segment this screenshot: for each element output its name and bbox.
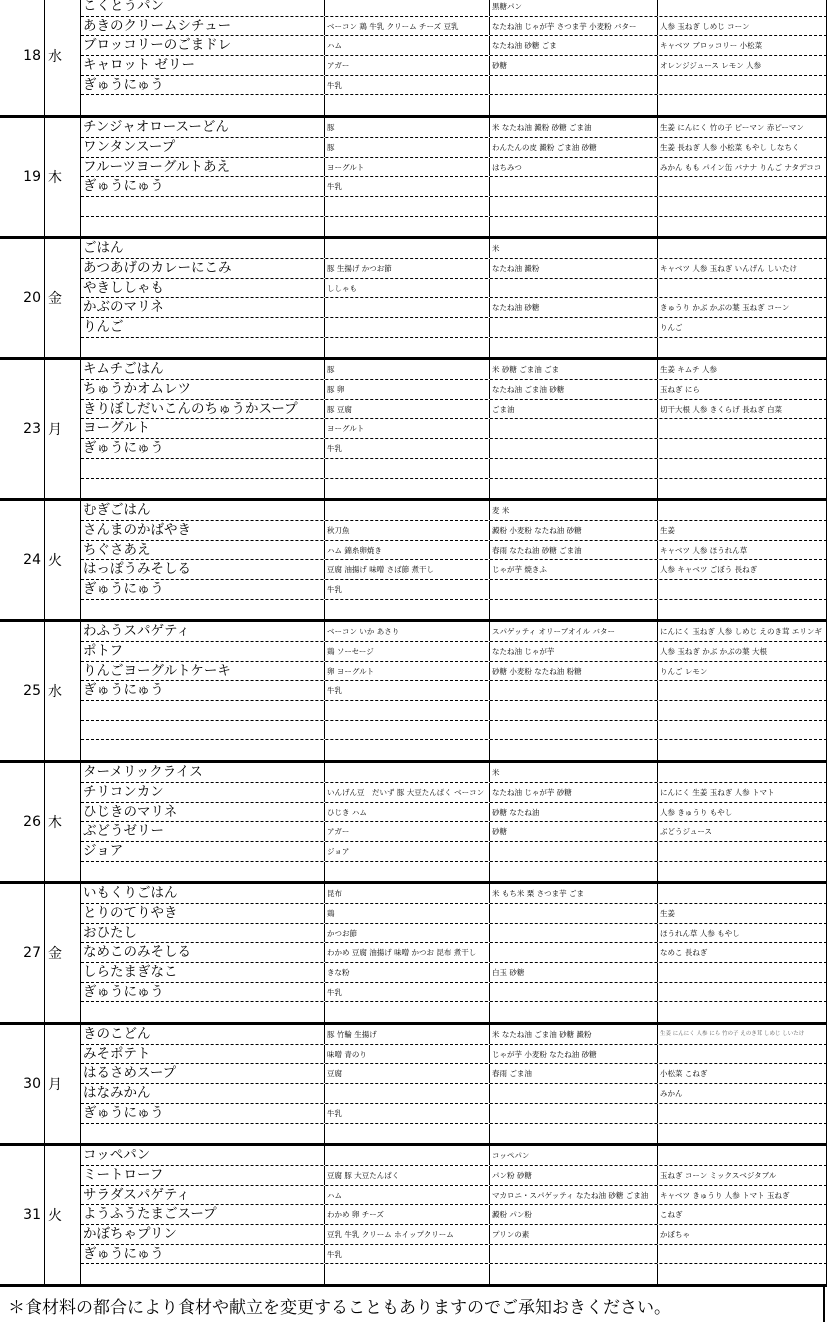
dish-name: おひたし xyxy=(81,924,325,943)
yellow-group-ingredients xyxy=(490,95,658,115)
green-group-ingredients xyxy=(658,1264,827,1284)
yellow-group-ingredients xyxy=(490,740,658,760)
green-group-ingredients xyxy=(658,1002,827,1022)
dish-name: りんごヨーグルトケーキ xyxy=(81,662,325,681)
dish-name: むぎごはん xyxy=(81,501,325,520)
green-group-ingredients: かぼちゃ xyxy=(658,1225,827,1244)
red-group-ingredients: ハム xyxy=(325,1186,490,1205)
green-group-ingredients xyxy=(658,501,827,520)
red-group-ingredients: ベーコン いか あさり xyxy=(325,622,490,641)
yellow-group-ingredients: 黒糖パン xyxy=(490,0,658,16)
dish-name: サラダスパゲティ xyxy=(81,1186,325,1205)
red-group-ingredients: 鶏 ソーセージ xyxy=(325,642,490,661)
dish-name: はるさめスープ xyxy=(81,1064,325,1083)
table-row: りんごりんご xyxy=(81,318,827,338)
yellow-group-ingredients: パン粉 砂糖 xyxy=(490,1166,658,1185)
day-block: 31火コッペパンコッペパンミートローフ豆腐 豚 大豆たんぱくパン粉 砂糖玉ねぎ … xyxy=(0,1146,827,1287)
dish-name xyxy=(81,1124,325,1144)
yellow-group-ingredients xyxy=(490,217,658,237)
red-group-ingredients: ハム xyxy=(325,36,490,55)
yellow-group-ingredients: 春雨 なたね油 砂糖 ごま油 xyxy=(490,541,658,560)
day-block: 30月きのこどん豚 竹輪 生揚げ米 なたね油 ごま油 砂糖 澱粉生姜 にんにく … xyxy=(0,1025,827,1146)
red-group-ingredients: 卵 ヨーグルト xyxy=(325,662,490,681)
table-row: いもくりごはん昆布米 もち米 栗 さつま芋 ごま xyxy=(81,884,827,904)
dish-name: ぎゅうにゅう xyxy=(81,983,325,1002)
day-date: 31 xyxy=(0,1146,45,1284)
dish-name: かぼちゃプリン xyxy=(81,1225,325,1244)
green-group-ingredients xyxy=(658,197,827,216)
yellow-group-ingredients: 米 xyxy=(490,239,658,258)
red-group-ingredients: 牛乳 xyxy=(325,1245,490,1264)
table-row: ぶどうゼリーアガー砂糖ぶどうジュース xyxy=(81,822,827,842)
table-row: ちぐさあえハム 錦糸卵焼き春雨 なたね油 砂糖 ごま油キャベツ 人参 ほうれん草 xyxy=(81,541,827,561)
yellow-group-ingredients: 米 なたね油 ごま油 砂糖 澱粉 xyxy=(490,1025,658,1044)
table-row: ぎゅうにゅう牛乳 xyxy=(81,439,827,459)
day-date: 24 xyxy=(0,501,45,619)
yellow-group-ingredients: 春雨 ごま油 xyxy=(490,1064,658,1083)
yellow-group-ingredients: 白玉 砂糖 xyxy=(490,963,658,982)
green-group-ingredients: 人参 キャベツ ごぼう 長ねぎ xyxy=(658,560,827,579)
yellow-group-ingredients xyxy=(490,1104,658,1123)
red-group-ingredients xyxy=(325,338,490,358)
green-group-ingredients xyxy=(658,580,827,599)
green-group-ingredients xyxy=(658,600,827,620)
yellow-group-ingredients xyxy=(490,1084,658,1103)
dish-name: ぶどうゼリー xyxy=(81,822,325,841)
red-group-ingredients: アガー xyxy=(325,822,490,841)
table-row: はなみかんみかん xyxy=(81,1084,827,1104)
green-group-ingredients: キャベツ 人参 玉ねぎ いんげん しいたけ xyxy=(658,259,827,278)
table-row: キムチごはん豚米 砂糖 ごま油 ごま生姜 キムチ 人参 xyxy=(81,360,827,380)
table-row: フルーツヨーグルトあえヨーグルトはちみつみかん もも パイン缶 バナナ りんご … xyxy=(81,158,827,178)
table-row: ワンタンスープ豚わんたんの皮 澱粉 ごま油 砂糖生姜 長ねぎ 人参 小松菜 もや… xyxy=(81,138,827,158)
yellow-group-ingredients: 砂糖 小麦粉 なたね油 粉糖 xyxy=(490,662,658,681)
dish-name: かぶのマリネ xyxy=(81,298,325,317)
red-group-ingredients: 牛乳 xyxy=(325,580,490,599)
green-group-ingredients: 玉ねぎ コーン ミックスベジタブル xyxy=(658,1166,827,1185)
yellow-group-ingredients xyxy=(490,983,658,1002)
dish-rows: ごはん米あつあげのカレーにこみ豚 生揚げ かつお節なたね油 澱粉キャベツ 人参 … xyxy=(81,239,827,357)
green-group-ingredients xyxy=(658,177,827,196)
table-row: きのこどん豚 竹輪 生揚げ米 なたね油 ごま油 砂糖 澱粉生姜 にんにく 人参 … xyxy=(81,1025,827,1045)
green-group-ingredients xyxy=(658,479,827,499)
yellow-group-ingredients: なたね油 じゃが芋 xyxy=(490,642,658,661)
table-row: りんごヨーグルトケーキ卵 ヨーグルト砂糖 小麦粉 なたね油 粉糖りんご レモン xyxy=(81,662,827,682)
dish-rows: こくとうパン黒糖パンあきのクリームシチューベーコン 鶏 牛乳 クリーム チーズ … xyxy=(81,0,827,115)
yellow-group-ingredients xyxy=(490,842,658,861)
red-group-ingredients: わかめ 卵 チーズ xyxy=(325,1205,490,1224)
table-row xyxy=(81,217,827,237)
table-row: ぎゅうにゅう牛乳 xyxy=(81,983,827,1003)
green-group-ingredients: りんご レモン xyxy=(658,662,827,681)
dish-name: ブロッコリーのごまドレ xyxy=(81,36,325,55)
red-group-ingredients: 秋刀魚 xyxy=(325,521,490,540)
dish-name: キムチごはん xyxy=(81,360,325,379)
green-group-ingredients xyxy=(658,963,827,982)
table-row: なめこのみそしるわかめ 豆腐 油揚げ 味噌 かつお 昆布 煮干しなめこ 長ねぎ xyxy=(81,943,827,963)
yellow-group-ingredients xyxy=(490,459,658,478)
green-group-ingredients xyxy=(658,862,827,882)
dish-name xyxy=(81,740,325,760)
day-block: 26木ターメリックライス米チリコンカンいんげん豆 だいず 豚 大豆たんぱく ベー… xyxy=(0,763,827,884)
table-row: あきのクリームシチューベーコン 鶏 牛乳 クリーム チーズ 豆乳なたね油 じゃが… xyxy=(81,17,827,37)
table-row xyxy=(81,740,827,760)
dish-name: コッペパン xyxy=(81,1146,325,1165)
table-row: やきししゃもししゃも xyxy=(81,279,827,299)
table-row xyxy=(81,459,827,479)
green-group-ingredients: 生姜 xyxy=(658,904,827,923)
table-row xyxy=(81,197,827,217)
red-group-ingredients xyxy=(325,217,490,237)
yellow-group-ingredients: なたね油 ごま油 砂糖 xyxy=(490,380,658,399)
red-group-ingredients xyxy=(325,1264,490,1284)
dish-rows: きのこどん豚 竹輪 生揚げ米 なたね油 ごま油 砂糖 澱粉生姜 にんにく 人参 … xyxy=(81,1025,827,1143)
red-group-ingredients: きな粉 xyxy=(325,963,490,982)
dish-name xyxy=(81,1264,325,1284)
yellow-group-ingredients: 麦 米 xyxy=(490,501,658,520)
green-group-ingredients xyxy=(658,279,827,298)
green-group-ingredients: 生姜 長ねぎ 人参 小松菜 もやし しなちく xyxy=(658,138,827,157)
yellow-group-ingredients: 米 砂糖 ごま油 ごま xyxy=(490,360,658,379)
day-date: 20 xyxy=(0,239,45,357)
dish-name: ジョア xyxy=(81,842,325,861)
dish-name: ぎゅうにゅう xyxy=(81,439,325,458)
yellow-group-ingredients: 砂糖 xyxy=(490,56,658,75)
footer-note: ＊食材料の都合により食材や献立を変更することもありますのでご承知おきください。 xyxy=(8,1293,671,1318)
dish-name: ちぐさあえ xyxy=(81,541,325,560)
table-row: ようふうたまごスープわかめ 卵 チーズ澱粉 パン粉こねぎ xyxy=(81,1205,827,1225)
red-group-ingredients xyxy=(325,701,490,720)
red-group-ingredients xyxy=(325,501,490,520)
dish-name: わふうスパゲティ xyxy=(81,622,325,641)
yellow-group-ingredients xyxy=(490,338,658,358)
green-group-ingredients: 人参 きゅうり もやし xyxy=(658,803,827,822)
yellow-group-ingredients xyxy=(490,419,658,438)
yellow-group-ingredients: 米 なたね油 澱粉 砂糖 ごま油 xyxy=(490,118,658,137)
red-group-ingredients: 牛乳 xyxy=(325,439,490,458)
dish-name: ぎゅうにゅう xyxy=(81,1104,325,1123)
table-row: みそポテト味噌 青のりじゃが芋 小麦粉 なたね油 砂糖 xyxy=(81,1045,827,1065)
red-group-ingredients xyxy=(325,600,490,620)
table-row: むぎごはん麦 米 xyxy=(81,501,827,521)
yellow-group-ingredients: なたね油 じゃが芋 さつま芋 小麦粉 バター xyxy=(490,17,658,36)
green-group-ingredients xyxy=(658,1124,827,1144)
yellow-group-ingredients xyxy=(490,1002,658,1022)
table-row: チリコンカンいんげん豆 だいず 豚 大豆たんぱく ベーコンなたね油 じゃが芋 砂… xyxy=(81,783,827,803)
yellow-group-ingredients xyxy=(490,600,658,620)
red-group-ingredients: 牛乳 xyxy=(325,76,490,95)
green-group-ingredients: 生姜 にんにく 竹の子 ピーマン 赤ピーマン xyxy=(658,118,827,137)
dish-name: なめこのみそしる xyxy=(81,943,325,962)
red-group-ingredients: ししゃも xyxy=(325,279,490,298)
green-group-ingredients xyxy=(658,95,827,115)
table-row: きりぼしだいこんのちゅうかスープ豚 豆腐ごま油切干大根 人参 きくらげ 長ねぎ … xyxy=(81,400,827,420)
red-group-ingredients: 味噌 青のり xyxy=(325,1045,490,1064)
table-row: ぎゅうにゅう牛乳 xyxy=(81,76,827,96)
yellow-group-ingredients xyxy=(490,197,658,216)
green-group-ingredients: キャベツ きゅうり 人参 トマト 玉ねぎ xyxy=(658,1186,827,1205)
dish-name: チリコンカン xyxy=(81,783,325,802)
dish-name: しらたまぎなこ xyxy=(81,963,325,982)
dish-name: あつあげのカレーにこみ xyxy=(81,259,325,278)
yellow-group-ingredients: 砂糖 xyxy=(490,822,658,841)
day-weekday: 火 xyxy=(45,501,81,619)
red-group-ingredients: 豚 xyxy=(325,360,490,379)
red-group-ingredients: アガー xyxy=(325,56,490,75)
green-group-ingredients: キャベツ 人参 ほうれん草 xyxy=(658,541,827,560)
yellow-group-ingredients xyxy=(490,1124,658,1144)
table-row: おひたしかつお節ほうれん草 人参 もやし xyxy=(81,924,827,944)
day-block: 27金いもくりごはん昆布米 もち米 栗 さつま芋 ごまとりのてりやき鶏生姜おひた… xyxy=(0,884,827,1025)
red-group-ingredients: 鶏 xyxy=(325,904,490,923)
dish-name: みそポテト xyxy=(81,1045,325,1064)
green-group-ingredients: 生姜 にんにく 人参 にら 竹の子 えのき茸 しめじ しいたけ xyxy=(658,1025,827,1044)
green-group-ingredients: こねぎ xyxy=(658,1205,827,1224)
green-group-ingredients xyxy=(658,701,827,720)
green-group-ingredients xyxy=(658,217,827,237)
green-group-ingredients: きゅうり かぶ かぶの葉 玉ねぎ コーン xyxy=(658,298,827,317)
table-row xyxy=(81,1002,827,1022)
green-group-ingredients xyxy=(658,76,827,95)
table-row: ぎゅうにゅう牛乳 xyxy=(81,681,827,701)
table-row: はっぽうみそしる豆腐 油揚げ 味噌 さば節 煮干しじゃが芋 焼きふ人参 キャベツ… xyxy=(81,560,827,580)
dish-name: ごはん xyxy=(81,239,325,258)
table-row xyxy=(81,600,827,620)
green-group-ingredients: 生姜 キムチ 人参 xyxy=(658,360,827,379)
yellow-group-ingredients xyxy=(490,1264,658,1284)
dish-rows: チンジャオロースーどん豚米 なたね油 澱粉 砂糖 ごま油生姜 にんにく 竹の子 … xyxy=(81,118,827,236)
table-row: しらたまぎなこきな粉白玉 砂糖 xyxy=(81,963,827,983)
green-group-ingredients: キャベツ ブロッコリー 小松菜 xyxy=(658,36,827,55)
yellow-group-ingredients: プリンの素 xyxy=(490,1225,658,1244)
red-group-ingredients xyxy=(325,298,490,317)
yellow-group-ingredients: 澱粉 パン粉 xyxy=(490,1205,658,1224)
yellow-group-ingredients: なたね油 砂糖 xyxy=(490,298,658,317)
dish-rows: いもくりごはん昆布米 もち米 栗 さつま芋 ごまとりのてりやき鶏生姜おひたしかつ… xyxy=(81,884,827,1022)
yellow-group-ingredients: わんたんの皮 澱粉 ごま油 砂糖 xyxy=(490,138,658,157)
yellow-group-ingredients: なたね油 じゃが芋 砂糖 xyxy=(490,783,658,802)
table-row xyxy=(81,479,827,499)
dish-name: いもくりごはん xyxy=(81,884,325,903)
yellow-group-ingredients: なたね油 澱粉 xyxy=(490,259,658,278)
green-group-ingredients xyxy=(658,439,827,458)
day-date: 23 xyxy=(0,360,45,498)
green-group-ingredients: にんにく 玉ねぎ 人参 しめじ えのき茸 エリンギ xyxy=(658,622,827,641)
yellow-group-ingredients xyxy=(490,279,658,298)
red-group-ingredients: ヨーグルト xyxy=(325,419,490,438)
dish-name: りんご xyxy=(81,318,325,337)
day-weekday: 金 xyxy=(45,239,81,357)
red-group-ingredients: 牛乳 xyxy=(325,177,490,196)
table-row: ぎゅうにゅう牛乳 xyxy=(81,1245,827,1265)
day-date: 18 xyxy=(0,0,45,115)
dish-name: ぎゅうにゅう xyxy=(81,580,325,599)
table-row: チンジャオロースーどん豚米 なたね油 澱粉 砂糖 ごま油生姜 にんにく 竹の子 … xyxy=(81,118,827,138)
red-group-ingredients: ヨーグルト xyxy=(325,158,490,177)
lunch-menu-table: 18水こくとうパン黒糖パンあきのクリームシチューベーコン 鶏 牛乳 クリーム チ… xyxy=(0,0,827,1287)
red-group-ingredients xyxy=(325,763,490,782)
red-group-ingredients: ハム 錦糸卵焼き xyxy=(325,541,490,560)
dish-name: はっぽうみそしる xyxy=(81,560,325,579)
green-group-ingredients xyxy=(658,681,827,700)
table-row xyxy=(81,862,827,882)
dish-rows: コッペパンコッペパンミートローフ豆腐 豚 大豆たんぱくパン粉 砂糖玉ねぎ コーン… xyxy=(81,1146,827,1284)
yellow-group-ingredients xyxy=(490,318,658,337)
red-group-ingredients: わかめ 豆腐 油揚げ 味噌 かつお 昆布 煮干し xyxy=(325,943,490,962)
red-group-ingredients: かつお節 xyxy=(325,924,490,943)
red-group-ingredients xyxy=(325,318,490,337)
red-group-ingredients: 豚 xyxy=(325,138,490,157)
red-group-ingredients xyxy=(325,0,490,16)
green-group-ingredients xyxy=(658,763,827,782)
red-group-ingredients: 昆布 xyxy=(325,884,490,903)
dish-name: きりぼしだいこんのちゅうかスープ xyxy=(81,400,325,419)
red-group-ingredients xyxy=(325,1146,490,1165)
table-row: ポトフ鶏 ソーセージなたね油 じゃが芋人参 玉ねぎ かぶ かぶの葉 大根 xyxy=(81,642,827,662)
yellow-group-ingredients xyxy=(490,580,658,599)
yellow-group-ingredients: 米 もち米 栗 さつま芋 ごま xyxy=(490,884,658,903)
dish-name: ようふうたまごスープ xyxy=(81,1205,325,1224)
dish-rows: キムチごはん豚米 砂糖 ごま油 ごま生姜 キムチ 人参ちゅうかオムレツ豚 卵なた… xyxy=(81,360,827,498)
table-row: ジョアジョア xyxy=(81,842,827,862)
dish-name: ぎゅうにゅう xyxy=(81,76,325,95)
red-group-ingredients: 牛乳 xyxy=(325,681,490,700)
day-block: 25水わふうスパゲティベーコン いか あさりスパゲッティ オリーブオイル バター… xyxy=(0,622,827,763)
yellow-group-ingredients: 砂糖 なたね油 xyxy=(490,803,658,822)
green-group-ingredients xyxy=(658,338,827,358)
table-row: かぼちゃプリン豆乳 牛乳 クリーム ホイップクリームプリンの素かぼちゃ xyxy=(81,1225,827,1245)
dish-name: やきししゃも xyxy=(81,279,325,298)
dish-name: ぎゅうにゅう xyxy=(81,1245,325,1264)
yellow-group-ingredients xyxy=(490,681,658,700)
day-weekday: 木 xyxy=(45,118,81,236)
table-row: ターメリックライス米 xyxy=(81,763,827,783)
green-group-ingredients: ぶどうジュース xyxy=(658,822,827,841)
dish-name: チンジャオロースーどん xyxy=(81,118,325,137)
green-group-ingredients xyxy=(658,983,827,1002)
yellow-group-ingredients xyxy=(490,701,658,720)
day-date: 19 xyxy=(0,118,45,236)
green-group-ingredients xyxy=(658,1146,827,1165)
table-row: はるさめスープ豆腐春雨 ごま油小松菜 こねぎ xyxy=(81,1064,827,1084)
table-row: あつあげのカレーにこみ豚 生揚げ かつお節なたね油 澱粉キャベツ 人参 玉ねぎ … xyxy=(81,259,827,279)
dish-name xyxy=(81,459,325,478)
day-weekday: 火 xyxy=(45,1146,81,1284)
red-group-ingredients: いんげん豆 だいず 豚 大豆たんぱく ベーコン xyxy=(325,783,490,802)
red-group-ingredients xyxy=(325,239,490,258)
dish-name xyxy=(81,197,325,216)
table-row: ミートローフ豆腐 豚 大豆たんぱくパン粉 砂糖玉ねぎ コーン ミックスベジタブル xyxy=(81,1166,827,1186)
table-row: ぎゅうにゅう牛乳 xyxy=(81,580,827,600)
dish-name xyxy=(81,600,325,620)
table-row xyxy=(81,338,827,358)
green-group-ingredients: 玉ねぎ にら xyxy=(658,380,827,399)
page-edge-bar xyxy=(823,1286,825,1322)
table-row xyxy=(81,95,827,115)
red-group-ingredients xyxy=(325,459,490,478)
dish-rows: ターメリックライス米チリコンカンいんげん豆 だいず 豚 大豆たんぱく ベーコンな… xyxy=(81,763,827,881)
green-group-ingredients xyxy=(658,842,827,861)
table-row: かぶのマリネなたね油 砂糖きゅうり かぶ かぶの葉 玉ねぎ コーン xyxy=(81,298,827,318)
day-block: 24火むぎごはん麦 米さんまのかばやき秋刀魚澱粉 小麦粉 なたね油 砂糖生姜ちぐ… xyxy=(0,501,827,622)
dish-name xyxy=(81,338,325,358)
dish-rows: むぎごはん麦 米さんまのかばやき秋刀魚澱粉 小麦粉 なたね油 砂糖生姜ちぐさあえ… xyxy=(81,501,827,619)
green-group-ingredients xyxy=(658,740,827,760)
red-group-ingredients xyxy=(325,197,490,216)
table-row xyxy=(81,701,827,721)
dish-name: ちゅうかオムレツ xyxy=(81,380,325,399)
table-row: わふうスパゲティベーコン いか あさりスパゲッティ オリーブオイル バターにんに… xyxy=(81,622,827,642)
yellow-group-ingredients: はちみつ xyxy=(490,158,658,177)
red-group-ingredients xyxy=(325,721,490,740)
green-group-ingredients: にんにく 生姜 玉ねぎ 人参 トマト xyxy=(658,783,827,802)
red-group-ingredients: 豆腐 油揚げ 味噌 さば節 煮干し xyxy=(325,560,490,579)
red-group-ingredients: 豚 生揚げ かつお節 xyxy=(325,259,490,278)
dish-name: ワンタンスープ xyxy=(81,138,325,157)
green-group-ingredients xyxy=(658,721,827,740)
green-group-ingredients xyxy=(658,419,827,438)
dish-name: ターメリックライス xyxy=(81,763,325,782)
yellow-group-ingredients: 澱粉 小麦粉 なたね油 砂糖 xyxy=(490,521,658,540)
red-group-ingredients: ひじき ハム xyxy=(325,803,490,822)
table-row: キャロット ゼリーアガー砂糖オレンジジュース レモン 人参 xyxy=(81,56,827,76)
table-row: ブロッコリーのごまドレハムなたね油 砂糖 ごまキャベツ ブロッコリー 小松菜 xyxy=(81,36,827,56)
red-group-ingredients xyxy=(325,1002,490,1022)
dish-name: とりのてりやき xyxy=(81,904,325,923)
table-row: サラダスパゲティハムマカロニ・スパゲッティ なたね油 砂糖 ごま油キャベツ きゅ… xyxy=(81,1186,827,1206)
green-group-ingredients: 小松菜 こねぎ xyxy=(658,1064,827,1083)
table-row: ぎゅうにゅう牛乳 xyxy=(81,1104,827,1124)
yellow-group-ingredients xyxy=(490,943,658,962)
dish-name: ヨーグルト xyxy=(81,419,325,438)
red-group-ingredients: ジョア xyxy=(325,842,490,861)
day-date: 30 xyxy=(0,1025,45,1143)
red-group-ingredients xyxy=(325,740,490,760)
table-row: こくとうパン黒糖パン xyxy=(81,0,827,17)
yellow-group-ingredients xyxy=(490,924,658,943)
day-weekday: 水 xyxy=(45,0,81,115)
dish-name: さんまのかばやき xyxy=(81,521,325,540)
green-group-ingredients xyxy=(658,1245,827,1264)
yellow-group-ingredients: じゃが芋 焼きふ xyxy=(490,560,658,579)
green-group-ingredients: みかん xyxy=(658,1084,827,1103)
table-row xyxy=(81,1264,827,1284)
dish-name: ポトフ xyxy=(81,642,325,661)
yellow-group-ingredients: コッペパン xyxy=(490,1146,658,1165)
dish-name: ぎゅうにゅう xyxy=(81,681,325,700)
green-group-ingredients: 人参 玉ねぎ かぶ かぶの葉 大根 xyxy=(658,642,827,661)
red-group-ingredients: 豚 竹輪 生揚げ xyxy=(325,1025,490,1044)
table-row: とりのてりやき鶏生姜 xyxy=(81,904,827,924)
table-row xyxy=(81,1124,827,1144)
yellow-group-ingredients: スパゲッティ オリーブオイル バター xyxy=(490,622,658,641)
day-weekday: 木 xyxy=(45,763,81,881)
green-group-ingredients: 生姜 xyxy=(658,521,827,540)
dish-name xyxy=(81,95,325,115)
yellow-group-ingredients xyxy=(490,721,658,740)
day-weekday: 月 xyxy=(45,360,81,498)
red-group-ingredients xyxy=(325,95,490,115)
dish-name: きのこどん xyxy=(81,1025,325,1044)
green-group-ingredients: りんご xyxy=(658,318,827,337)
red-group-ingredients: 豚 豆腐 xyxy=(325,400,490,419)
yellow-group-ingredients: ごま油 xyxy=(490,400,658,419)
day-weekday: 水 xyxy=(45,622,81,760)
dish-rows: わふうスパゲティベーコン いか あさりスパゲッティ オリーブオイル バターにんに… xyxy=(81,622,827,760)
red-group-ingredients xyxy=(325,1084,490,1103)
day-weekday: 月 xyxy=(45,1025,81,1143)
green-group-ingredients xyxy=(658,1104,827,1123)
